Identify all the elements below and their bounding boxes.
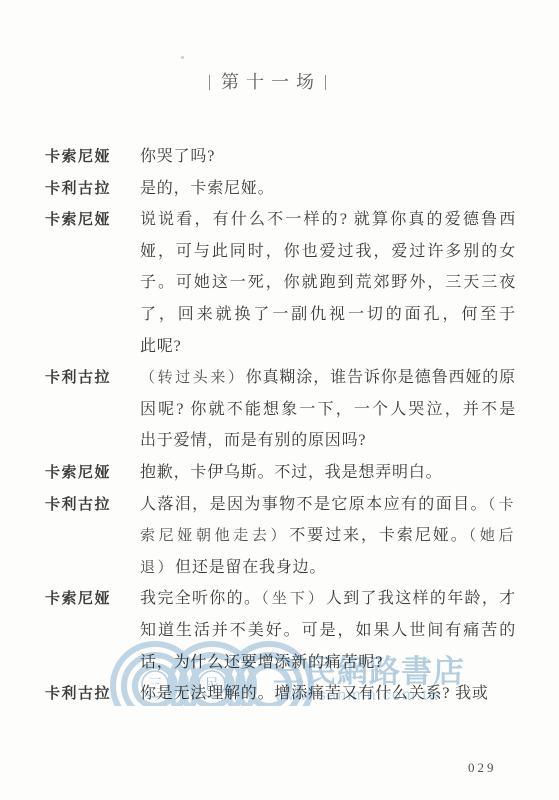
dialogue-line: 了，回来就换了一副仇视一切的面孔，何至于 xyxy=(140,299,516,331)
dialogue-block: 卡利古拉（转过头来）你真糊涂，谁告诉你是德鲁西娅的原因呢? 你就不能想象一下，一… xyxy=(45,362,516,457)
stage-direction: 退） xyxy=(140,560,175,576)
stage-direction: （她后 xyxy=(469,528,516,544)
dialogue-line: 人落泪，是因为事物不是它原本应有的面目。（卡 xyxy=(140,489,516,521)
stage-direction: （转过头来） xyxy=(140,370,246,386)
dialogue-line: 知道生活并不美好。可是，如果人世间有痛苦的 xyxy=(140,615,516,647)
spoken-text: 此呢? xyxy=(140,338,182,355)
spoken-text: 不要过来，卡索尼娅。 xyxy=(289,527,468,544)
dialogue-block: 卡利古拉你是无法理解的。增添痛苦又有什么关系? 我或 xyxy=(45,678,516,710)
spoken-text: 了，回来就换了一副仇视一切的面孔，何至于 xyxy=(140,306,516,323)
spoken-text: 因呢? 你就不能想象一下，一个人哭泣，并不是 xyxy=(140,401,516,418)
spoken-text: 子。可她这一死，你就跑到荒郊野外，三天三夜 xyxy=(140,274,516,291)
spoken-text: 知道生活并不美好。可是，如果人世间有痛苦的 xyxy=(140,622,516,639)
dialogue-lines: 你哭了吗? xyxy=(140,141,516,173)
speaker-label: 卡利古拉 xyxy=(45,678,140,710)
speaker-label: 卡索尼娅 xyxy=(45,583,140,615)
spoken-text: 你哭了吗? xyxy=(140,148,215,165)
page-number: 029 xyxy=(468,760,497,776)
speaker-label: 卡索尼娅 xyxy=(45,204,140,236)
dialogue-lines: （转过头来）你真糊涂，谁告诉你是德鲁西娅的原因呢? 你就不能想象一下，一个人哭泣… xyxy=(140,362,516,457)
dialogue-block: 卡利古拉是的，卡索尼娅。 xyxy=(45,173,516,205)
dialogue-lines: 是的，卡索尼娅。 xyxy=(140,173,516,205)
spoken-text: 说说看，有什么不一样的? 就算你真的爱德鲁西 xyxy=(140,211,516,228)
dialogue-block: 卡索尼娅抱歉，卡伊乌斯。不过，我是想弄明白。 xyxy=(45,457,516,489)
dialogue-line: 退）但还是留在我身边。 xyxy=(140,552,516,585)
dialogue-line: 娅，可与此同时，你也爱过我，爱过许多别的女 xyxy=(140,236,516,268)
dialogue-block: 卡索尼娅你哭了吗? xyxy=(45,141,516,173)
spoken-text: 话，为什么还要增添新的痛苦呢? xyxy=(140,654,383,671)
spoken-text: 我完全听你的。 xyxy=(140,590,261,607)
stage-direction: （卡 xyxy=(488,497,516,513)
dialogue-line: （转过头来）你真糊涂，谁告诉你是德鲁西娅的原 xyxy=(140,362,516,394)
spoken-text: 但还是留在我身边。 xyxy=(175,559,326,576)
speaker-label: 卡利古拉 xyxy=(45,362,140,394)
dialogue-line: 是的，卡索尼娅。 xyxy=(140,173,516,205)
dialogue-line: 此呢? xyxy=(140,331,516,363)
dialogue-block: 卡索尼娅我完全听你的。（坐下）人到了我这样的年龄，才知道生活并不美好。可是，如果… xyxy=(45,583,516,678)
spoken-text: 出于爱情，而是有别的原因吗? xyxy=(140,432,366,449)
dialogue-line: 说说看，有什么不一样的? 就算你真的爱德鲁西 xyxy=(140,204,516,236)
dialogue-lines: 人落泪，是因为事物不是它原本应有的面目。（卡索尼娅朝他走去）不要过来，卡索尼娅。… xyxy=(140,489,516,585)
dialogue-lines: 抱歉，卡伊乌斯。不过，我是想弄明白。 xyxy=(140,457,516,489)
spoken-text: 你是无法理解的。增添痛苦又有什么关系? 我或 xyxy=(140,685,489,702)
book-page: 第十一场 卡索尼娅你哭了吗?卡利古拉是的，卡索尼娅。卡索尼娅说说看，有什么不一样… xyxy=(0,0,559,800)
dialogue-line: 你是无法理解的。增添痛苦又有什么关系? 我或 xyxy=(140,678,516,710)
dialogue-line: 出于爱情，而是有别的原因吗? xyxy=(140,425,516,457)
spoken-text: 是的，卡索尼娅。 xyxy=(140,180,274,197)
dialogue-line: 话，为什么还要增添新的痛苦呢? xyxy=(140,647,516,679)
speaker-label: 卡利古拉 xyxy=(45,173,140,205)
dialogue-line: 子。可她这一死，你就跑到荒郊野外，三天三夜 xyxy=(140,267,516,299)
dialogue-line: 因呢? 你就不能想象一下，一个人哭泣，并不是 xyxy=(140,394,516,426)
spoken-text: 娅，可与此同时，你也爱过我，爱过许多别的女 xyxy=(140,243,516,260)
dialogue-line: 我完全听你的。（坐下）人到了我这样的年龄，才 xyxy=(140,583,516,615)
stage-direction: 索尼娅朝他走去） xyxy=(140,528,289,544)
stage-direction: （坐下） xyxy=(261,591,326,607)
speaker-label: 卡索尼娅 xyxy=(45,141,140,173)
dialogue-block: 卡利古拉人落泪，是因为事物不是它原本应有的面目。（卡索尼娅朝他走去）不要过来，卡… xyxy=(45,489,516,585)
speaker-label: 卡索尼娅 xyxy=(45,457,140,489)
spoken-text: 你真糊涂，谁告诉你是德鲁西娅的原 xyxy=(246,369,516,386)
spoken-text: 人到了我这样的年龄，才 xyxy=(326,590,516,607)
dialogue-area: 卡索尼娅你哭了吗?卡利古拉是的，卡索尼娅。卡索尼娅说说看，有什么不一样的? 就算… xyxy=(0,0,559,800)
dialogue-block: 卡索尼娅说说看，有什么不一样的? 就算你真的爱德鲁西娅，可与此同时，你也爱过我，… xyxy=(45,204,516,362)
speaker-label: 卡利古拉 xyxy=(45,489,140,521)
spoken-text: 人落泪，是因为事物不是它原本应有的面目。 xyxy=(140,496,488,513)
dialogue-line: 抱歉，卡伊乌斯。不过，我是想弄明白。 xyxy=(140,457,516,489)
dialogue-line: 你哭了吗? xyxy=(140,141,516,173)
spoken-text: 抱歉，卡伊乌斯。不过，我是想弄明白。 xyxy=(140,464,442,481)
dialogue-lines: 我完全听你的。（坐下）人到了我这样的年龄，才知道生活并不美好。可是，如果人世间有… xyxy=(140,583,516,678)
dialogue-line: 索尼娅朝他走去）不要过来，卡索尼娅。（她后 xyxy=(140,520,516,552)
dialogue-lines: 你是无法理解的。增添痛苦又有什么关系? 我或 xyxy=(140,678,516,710)
dialogue-lines: 说说看，有什么不一样的? 就算你真的爱德鲁西娅，可与此同时，你也爱过我，爱过许多… xyxy=(140,204,516,362)
